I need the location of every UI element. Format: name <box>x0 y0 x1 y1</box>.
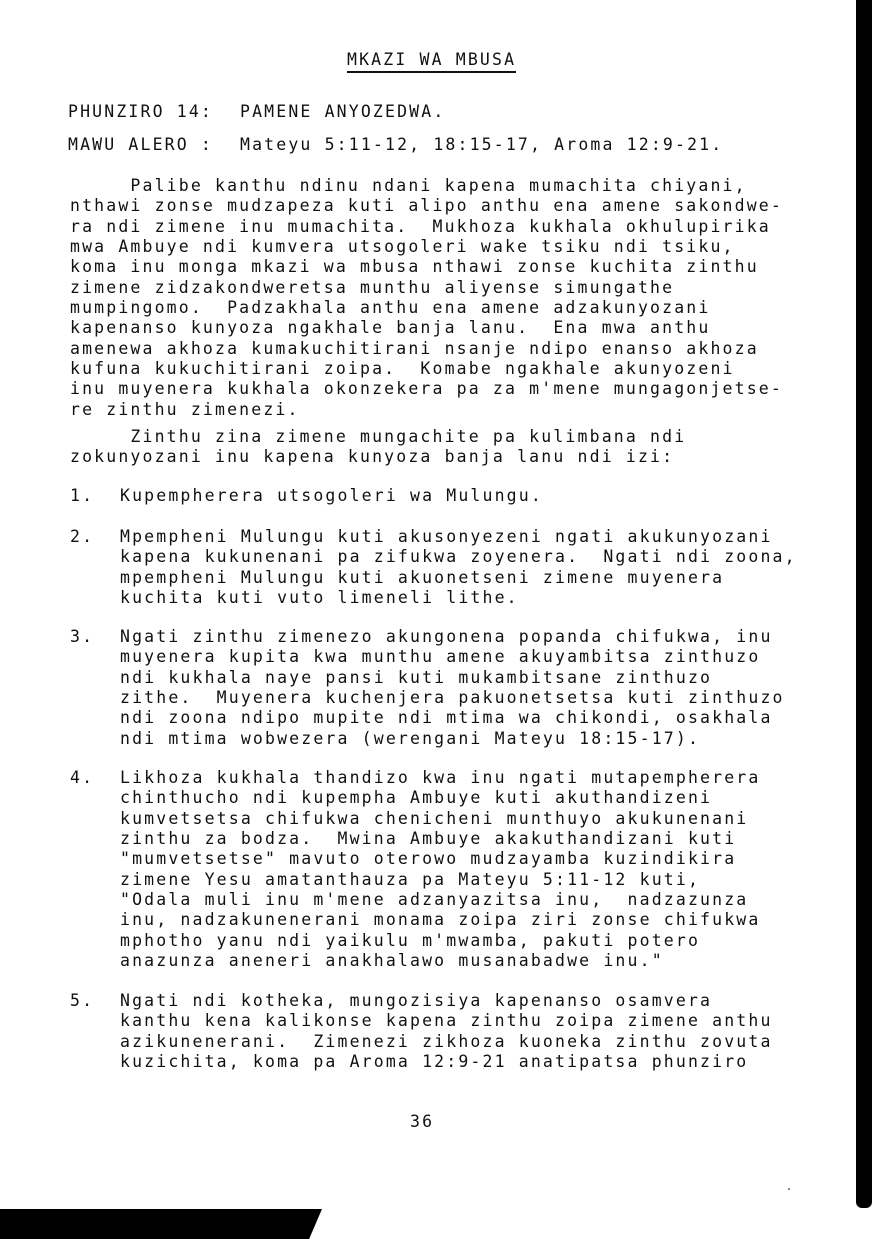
text-line: mumpingomo. Padzakhala anthu ena amene a… <box>70 298 783 318</box>
text-line: kuzichita, koma pa Aroma 12:9-21 anatipa… <box>120 1052 773 1072</box>
list-item-text: Mpempheni Mulungu kuti akusonyezeni ngat… <box>120 527 797 608</box>
text-line: Palibe kanthu ndinu ndani kapena mumachi… <box>70 176 783 196</box>
text-line: koma inu monga mkazi wa mbusa nthawi zon… <box>70 257 783 277</box>
text-line: re zinthu zimenezi. <box>70 400 783 420</box>
list-item-text: Kupempherera utsogoleri wa Mulungu. <box>120 486 543 506</box>
text-line: "Odala muli inu m'mene adzanyazitsa inu,… <box>120 890 760 910</box>
text-line: ndi kukhala naye pansi kuti mukambitsane… <box>120 668 785 688</box>
list-item-number: 3. <box>70 627 94 647</box>
text-line: Kupempherera utsogoleri wa Mulungu. <box>120 486 543 506</box>
list-intro-paragraph: Zinthu zina zimene mungachite pa kulimba… <box>70 427 686 468</box>
text-line: kufuna kukuchitirani zoipa. Komabe ngakh… <box>70 359 783 379</box>
text-line: mphotho yanu ndi yaikulu m'mwamba, pakut… <box>120 931 760 951</box>
scanned-page: MKAZI WA MBUSA PHUNZIRO 14: PAMENE ANYOZ… <box>0 0 872 1239</box>
text-line: zimene zidzakondweretsa munthu aliyense … <box>70 278 783 298</box>
list-item-number: 2. <box>70 527 94 547</box>
text-line: kuchita kuti vuto limeneli lithe. <box>120 588 797 608</box>
list-item-number: 5. <box>70 991 94 1011</box>
text-line: kapenanso kunyoza ngakhale banja lanu. E… <box>70 318 783 338</box>
text-line: zimene Yesu amatanthauza pa Mateyu 5:11-… <box>120 870 760 890</box>
text-line: amenewa akhoza kumakuchitirani nsanje nd… <box>70 339 783 359</box>
text-line: mpempheni Mulungu kuti akuonetseni zimen… <box>120 568 797 588</box>
text-line: Mpempheni Mulungu kuti akusonyezeni ngat… <box>120 527 797 547</box>
text-line: zithe. Muyenera kuchenjera pakuonetsetsa… <box>120 688 785 708</box>
text-line: zinthu za bodza. Mwina Ambuye akakuthand… <box>120 829 760 849</box>
intro-paragraph: Palibe kanthu ndinu ndani kapena mumachi… <box>70 176 783 420</box>
list-item-number: 4. <box>70 768 94 788</box>
lesson-label: PHUNZIRO 14: <box>68 102 213 122</box>
scan-speck <box>788 1188 790 1190</box>
text-line: inu, nadzakunenerani monama zoipa ziri z… <box>120 910 760 930</box>
text-line: zokunyozani inu kapena kunyoza banja lan… <box>70 447 686 467</box>
text-line: Ngati ndi kotheka, mungozisiya kapenanso… <box>120 991 773 1011</box>
text-line: kapena kukunenani pa zifukwa zoyenera. N… <box>120 547 797 567</box>
text-line: Zinthu zina zimene mungachite pa kulimba… <box>70 427 686 447</box>
readings-label: MAWU ALERO : <box>68 135 213 155</box>
text-line: Ngati zinthu zimenezo akungonena popanda… <box>120 627 785 647</box>
text-line: Likhoza kukhala thandizo kwa inu ngati m… <box>120 768 760 788</box>
text-line: "mumvetsetse" mavuto oterowo mudzayamba … <box>120 849 760 869</box>
scan-edge-shadow-bottom <box>0 1209 322 1239</box>
document-title: MKAZI WA MBUSA <box>347 50 516 73</box>
list-item-text: Ngati ndi kotheka, mungozisiya kapenanso… <box>120 991 773 1072</box>
page-number: 36 <box>410 1112 434 1132</box>
text-line: inu muyenera kukhala okonzekera pa za m'… <box>70 379 783 399</box>
text-line: azikunenerani. Zimenezi zikhoza kuoneka … <box>120 1032 773 1052</box>
text-line: ndi mtima wobwezera (werengani Mateyu 18… <box>120 729 785 749</box>
list-item-text: Likhoza kukhala thandizo kwa inu ngati m… <box>120 768 760 971</box>
text-line: kanthu kena kalikonse kapena zinthu zoip… <box>120 1011 773 1031</box>
text-line: ndi zoona ndipo mupite ndi mtima wa chik… <box>120 708 785 728</box>
text-line: nthawi zonse mudzapeza kuti alipo anthu … <box>70 196 783 216</box>
text-line: ra ndi zimene inu mumachita. Mukhoza kuk… <box>70 217 783 237</box>
text-line: kumvetsetsa chifukwa chenicheni munthuyo… <box>120 809 760 829</box>
text-line: mwa Ambuye ndi kumvera utsogoleri wake t… <box>70 237 783 257</box>
readings: Mateyu 5:11-12, 18:15-17, Aroma 12:9-21. <box>240 135 723 155</box>
text-line: anazunza aneneri anakhalawo musanabadwe … <box>120 951 760 971</box>
text-line: chinthucho ndi kupempha Ambuye kuti akut… <box>120 788 760 808</box>
list-item-number: 1. <box>70 486 94 506</box>
list-item-text: Ngati zinthu zimenezo akungonena popanda… <box>120 627 785 749</box>
text-line: muyenera kupita kwa munthu amene akuyamb… <box>120 647 785 667</box>
scan-edge-shadow-right <box>856 0 872 1208</box>
lesson-title: PAMENE ANYOZEDWA. <box>240 102 445 122</box>
